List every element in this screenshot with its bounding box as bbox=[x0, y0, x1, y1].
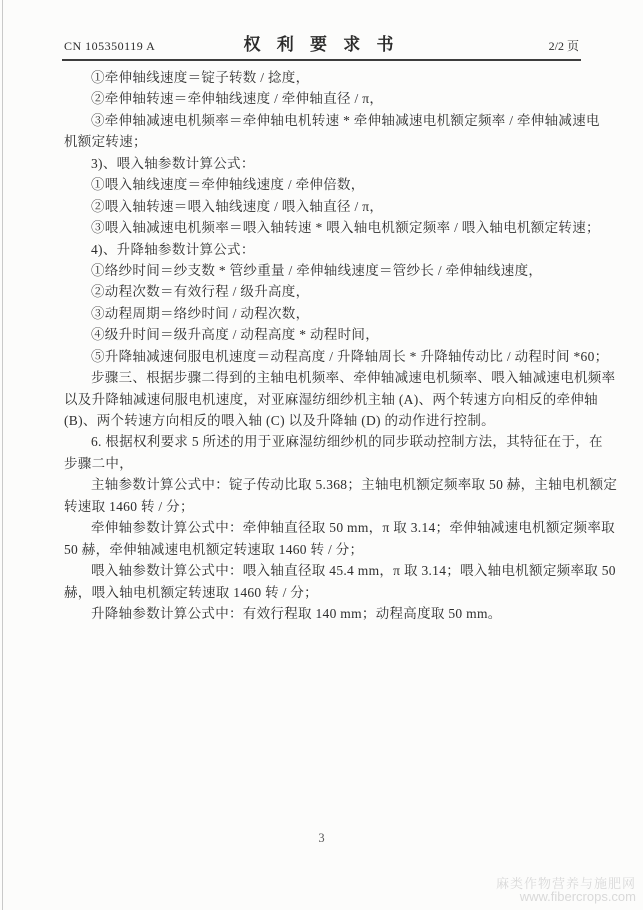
claims-text-line: ①络纱时间＝纱支数 * 管纱重量 / 牵伸轴线速度＝管纱长 / 牵伸轴线速度， bbox=[64, 260, 582, 281]
claims-text-line: ⑤升降轴减速伺服电机速度＝动程高度 / 升降轴周长 * 升降轴传动比 / 动程时… bbox=[64, 346, 582, 367]
watermark-site-url: www.fibercrops.com bbox=[496, 890, 636, 903]
claims-text-line: 6. 根据权利要求 5 所述的用于亚麻湿纺细纱机的同步联动控制方法，其特征在于，… bbox=[64, 431, 582, 452]
watermark: 麻类作物营养与施肥网 www.fibercrops.com bbox=[496, 877, 636, 903]
claims-body: ①牵伸轴线速度＝锭子转数 / 捻度，②牵伸轴转速＝牵伸轴线速度 / 牵伸轴直径 … bbox=[64, 67, 582, 624]
claims-text-line: ③牵伸轴减速电机频率＝牵伸轴电机转速 * 牵伸轴减速电机额定频率 / 牵伸轴减速… bbox=[64, 110, 582, 131]
page-header: CN 105350119 A 权 利 要 求 书 2/2 页 bbox=[62, 34, 581, 61]
claims-text-line: ①牵伸轴线速度＝锭子转数 / 捻度， bbox=[64, 67, 582, 88]
scan-edge-line bbox=[2, 0, 3, 910]
page-indicator: 2/2 页 bbox=[549, 37, 579, 54]
document-title: 权 利 要 求 书 bbox=[62, 30, 581, 55]
claims-text-line: 牵伸轴参数计算公式中：牵伸轴直径取 50 mm，π 取 3.14；牵伸轴减速电机… bbox=[64, 517, 582, 538]
claims-text-line: ③喂入轴减速电机频率＝喂入轴转速 * 喂入轴电机额定频率 / 喂入轴电机额定转速… bbox=[64, 217, 582, 238]
claims-text-line: ②牵伸轴转速＝牵伸轴线速度 / 牵伸轴直径 / π， bbox=[64, 88, 582, 109]
claims-text-line: ②动程次数＝有效行程 / 级升高度， bbox=[64, 281, 582, 302]
claims-text-line: ②喂入轴转速＝喂入轴线速度 / 喂入轴直径 / π， bbox=[64, 196, 582, 217]
claims-text-line: ①喂入轴线速度＝牵伸轴线速度 / 牵伸倍数， bbox=[64, 174, 582, 195]
claims-text-line: (B)、两个转速方向相反的喂入轴 (C) 以及升降轴 (D) 的动作进行控制。 bbox=[64, 410, 582, 431]
claims-text-line: ④级升时间＝级升高度 / 动程高度 * 动程时间， bbox=[64, 324, 582, 345]
claims-text-line: 机额定转速； bbox=[64, 131, 582, 152]
claims-text-line: 以及升降轴减速伺服电机速度，对亚麻湿纺细纱机主轴 (A)、两个转速方向相反的牵伸… bbox=[64, 389, 582, 410]
patent-claims-page: CN 105350119 A 权 利 要 求 书 2/2 页 ①牵伸轴线速度＝锭… bbox=[0, 0, 643, 910]
claims-text-line: 转速取 1460 转 / 分； bbox=[64, 496, 582, 517]
claims-text-line: 50 赫，牵伸轴减速电机额定转速取 1460 转 / 分； bbox=[64, 539, 582, 560]
claims-text-line: 步骤三、根据步骤二得到的主轴电机频率、牵伸轴减速电机频率、喂入轴减速电机频率 bbox=[64, 367, 582, 388]
claims-text-line: 步骤二中， bbox=[64, 453, 582, 474]
claims-text-line: ③动程周期＝络纱时间 / 动程次数， bbox=[64, 303, 582, 324]
claims-text-line: 赫，喂入轴电机额定转速取 1460 转 / 分； bbox=[64, 582, 582, 603]
claims-text-line: 主轴参数计算公式中：锭子传动比取 5.368；主轴电机额定频率取 50 赫，主轴… bbox=[64, 474, 582, 495]
page-number: 3 bbox=[0, 831, 643, 846]
claims-text-line: 喂入轴参数计算公式中：喂入轴直径取 45.4 mm，π 取 3.14；喂入轴电机… bbox=[64, 560, 582, 581]
claims-text-line: 3)、喂入轴参数计算公式： bbox=[64, 153, 582, 174]
claims-text-line: 升降轴参数计算公式中：有效行程取 140 mm；动程高度取 50 mm。 bbox=[64, 603, 582, 624]
claims-text-line: 4)、升降轴参数计算公式： bbox=[64, 239, 582, 260]
